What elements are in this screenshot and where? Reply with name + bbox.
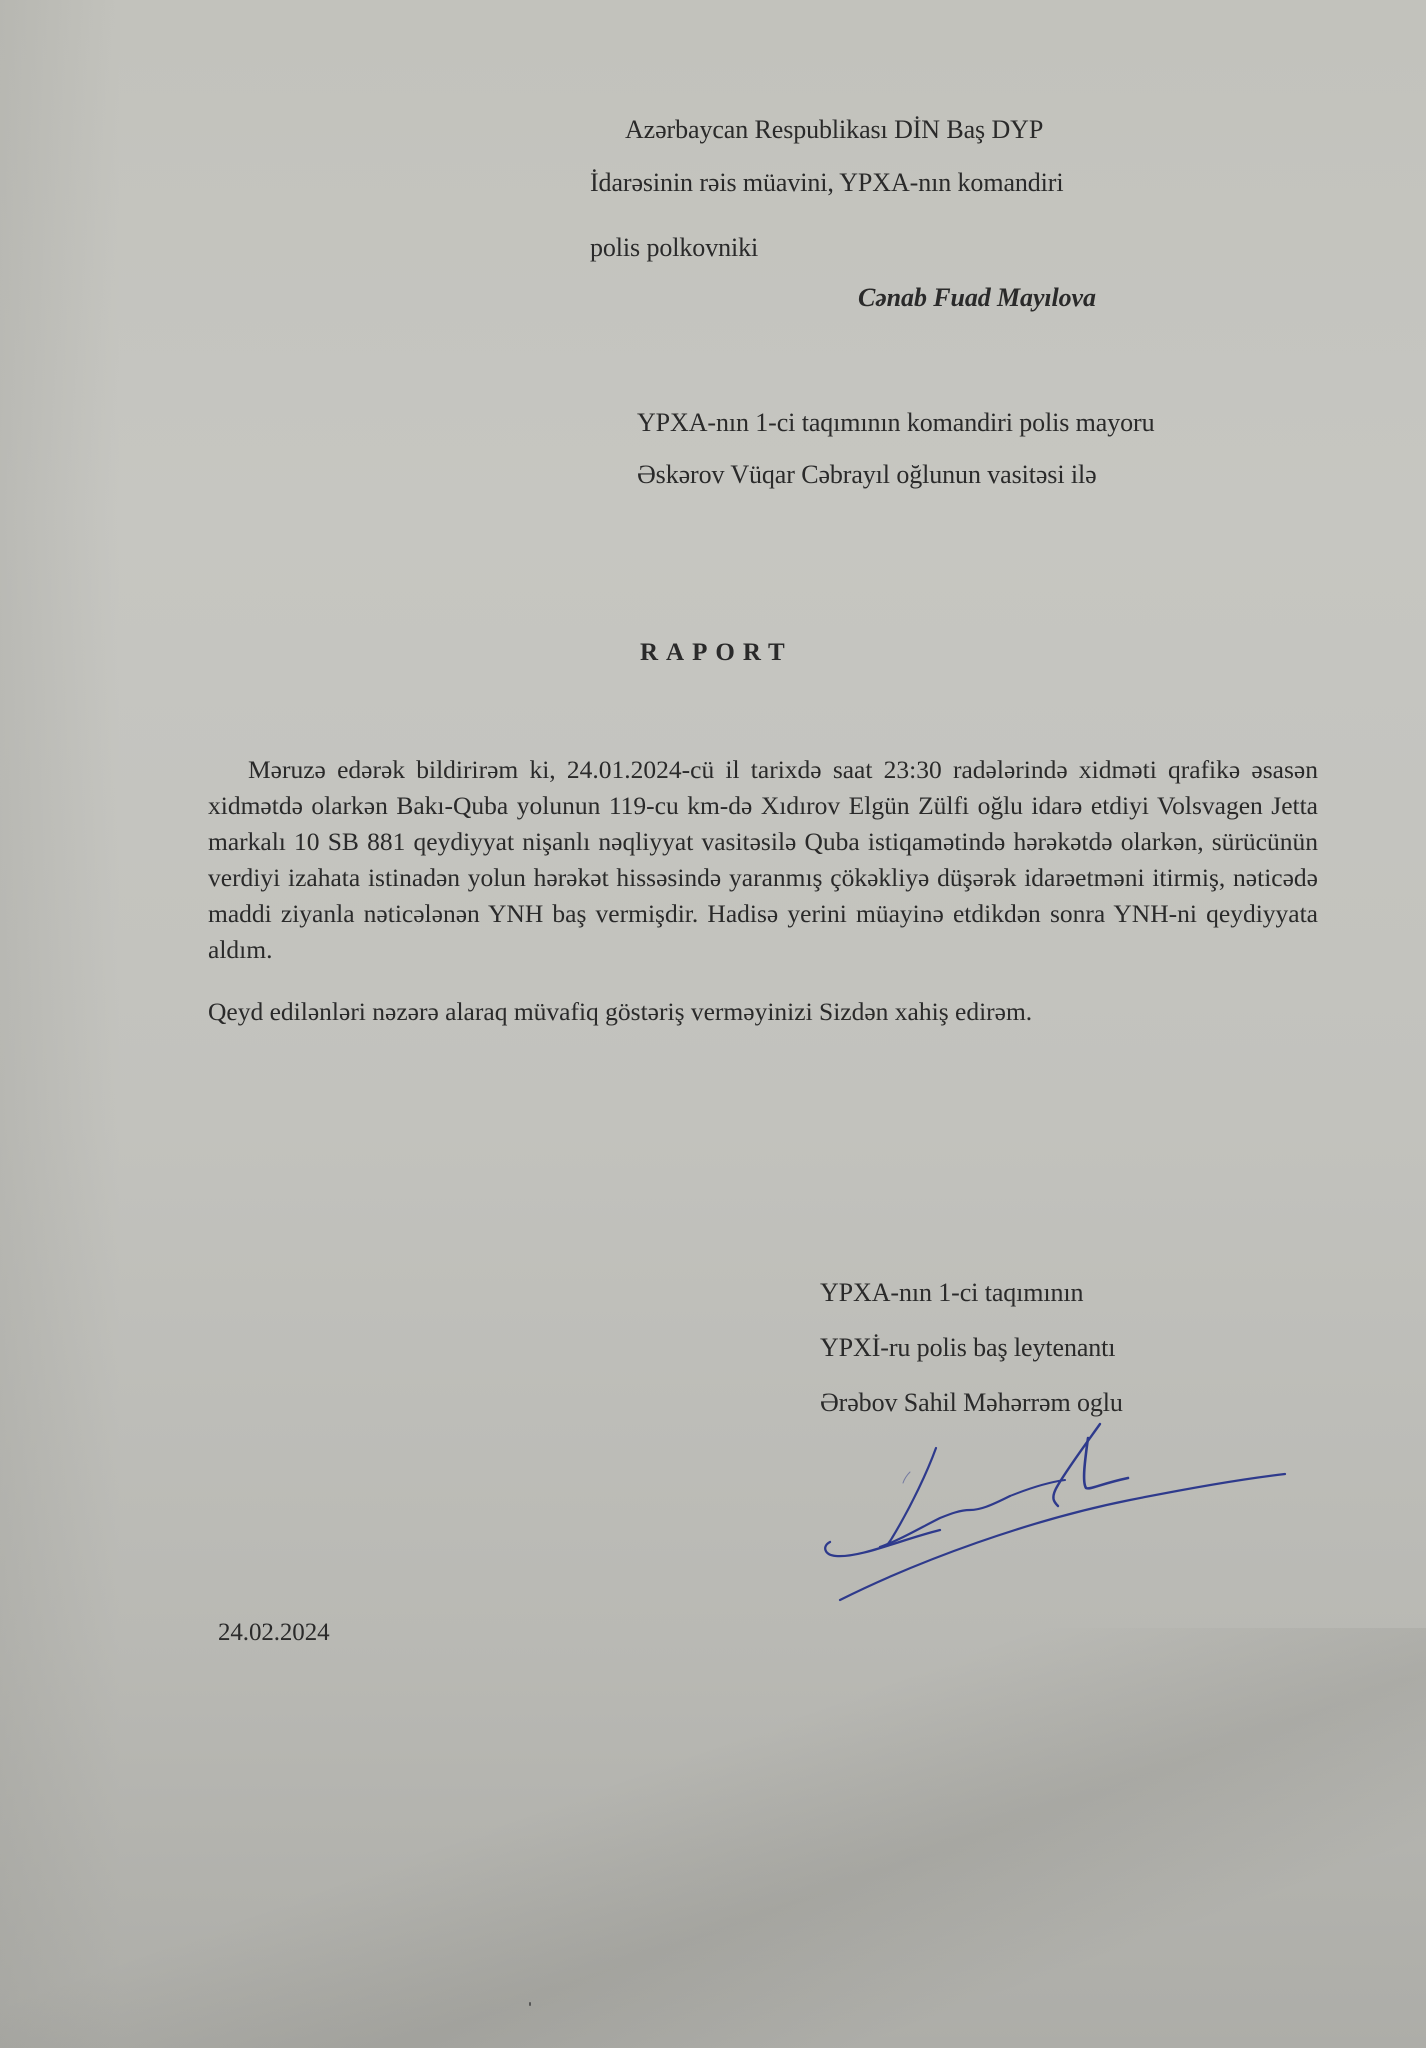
report-paragraph-2: Qeyd edilənləri nəzərə alaraq müvafiq gö… bbox=[208, 994, 1318, 1030]
signatory-line-1: YPXA-nın 1-ci taqımının bbox=[820, 1280, 1083, 1306]
signatory-line-2: YPXİ-ru polis baş leytenantı bbox=[820, 1335, 1115, 1361]
paper-fold-shadow bbox=[0, 1628, 1426, 2048]
paper-speck bbox=[529, 2002, 531, 2006]
addressee-line-1: Azərbaycan Respublikası DİN Baş DYP bbox=[625, 117, 1043, 143]
addressee-line-2: İdarəsinin rəis müavini, YPXA-nın komand… bbox=[590, 170, 1064, 196]
addressee-line-3: polis polkovniki bbox=[590, 235, 758, 261]
addressee-name: Cənab Fuad Mayılova bbox=[858, 285, 1096, 311]
paper-shadow-left bbox=[0, 0, 120, 2048]
report-paragraph-1: Məruzə edərək bildirirəm ki, 24.01.2024-… bbox=[208, 752, 1318, 968]
via-line-1: YPXA-nın 1-ci taqımının komandiri polis … bbox=[637, 410, 1155, 436]
handwritten-signature bbox=[800, 1410, 1300, 1610]
via-line-2: Əskərov Vüqar Cəbrayıl oğlunun vasitəsi … bbox=[637, 462, 1097, 488]
document-date: 24.02.2024 bbox=[218, 1620, 330, 1645]
document-title: RAPORT bbox=[640, 640, 793, 665]
